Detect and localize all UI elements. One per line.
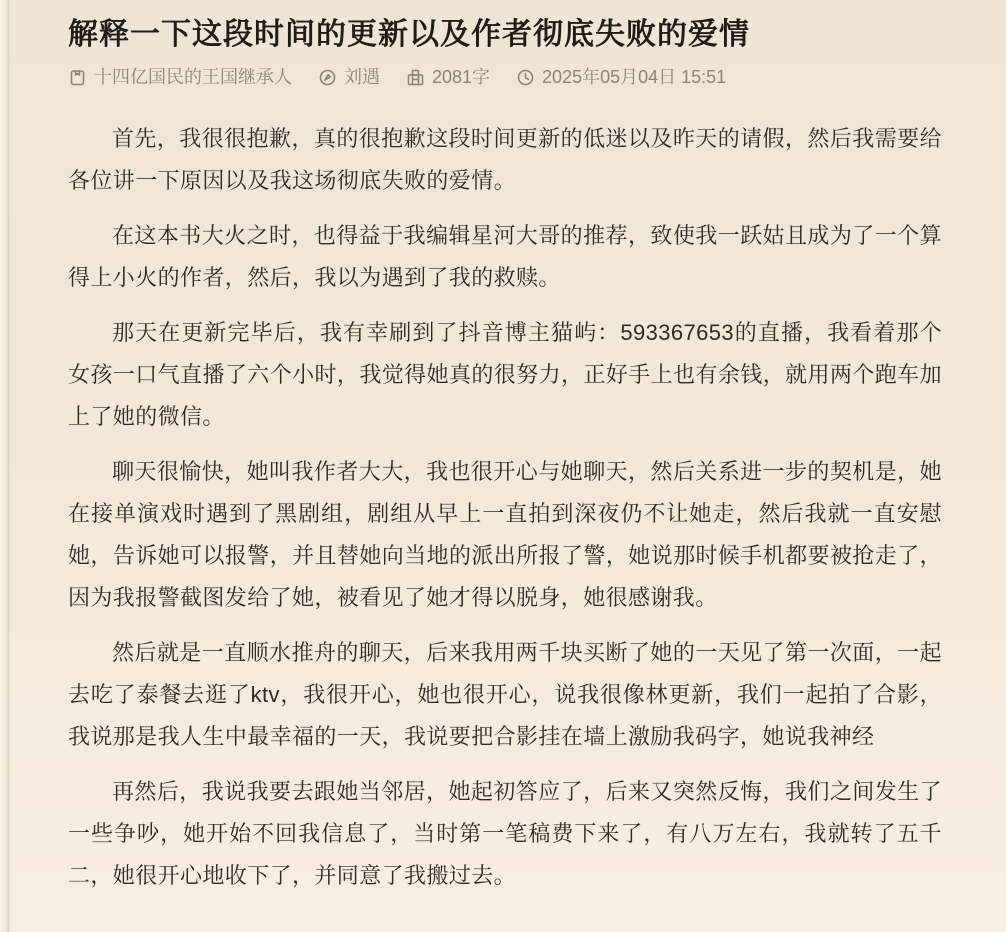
meta-book[interactable]: 十四亿国民的王国继承人: [68, 64, 292, 90]
article-paragraph: 然后就是一直顺水推舟的聊天，后来我用两千块买断了她的一天见了第一次面，一起去吃了…: [68, 632, 942, 758]
book-name: 十四亿国民的王国继承人: [94, 64, 292, 90]
article-paragraph: 再然后，我说我要去跟她当邻居，她起初答应了，后来又突然反悔，我们之间发生了一些争…: [68, 771, 942, 897]
pen-icon: [318, 68, 337, 87]
chapter-title: 解释一下这段时间的更新以及作者彻底失败的爱情: [68, 14, 942, 56]
article-paragraph: 首先，我很很抱歉，真的很抱歉这段时间更新的低迷以及昨天的请假，然后我需要给各位讲…: [68, 118, 942, 202]
article-body: 首先，我很很抱歉，真的很抱歉这段时间更新的低迷以及昨天的请假，然后我需要给各位讲…: [68, 118, 942, 897]
word-count-value: 2081字: [432, 64, 490, 90]
publish-time-value: 2025年05月04日 15:51: [542, 64, 726, 90]
article-paragraph: 聊天很愉快，她叫我作者大大，我也很开心与她聊天，然后关系进一步的契机是，她在接单…: [68, 451, 942, 619]
clock-icon: [516, 68, 535, 87]
meta-publish-time: 2025年05月04日 15:51: [516, 64, 726, 90]
paragraph-list: 首先，我很很抱歉，真的很抱歉这段时间更新的低迷以及昨天的请假，然后我需要给各位讲…: [68, 118, 942, 897]
book-icon: [68, 68, 87, 87]
meta-word-count: 2081字: [406, 64, 490, 90]
chapter-view: 解释一下这段时间的更新以及作者彻底失败的爱情 十四亿国民的王国继承人 刘遇: [0, 0, 1006, 897]
meta-author[interactable]: 刘遇: [318, 64, 380, 90]
author-name: 刘遇: [344, 64, 380, 90]
word-count-icon: [406, 68, 425, 87]
article-paragraph: 那天在更新完毕后，我有幸刷到了抖音博主猫屿：593367653的直播，我看着那个…: [68, 312, 942, 438]
article-paragraph: 在这本书大火之时，也得益于我编辑星河大哥的推荐，致使我一跃姑且成为了一个算得上小…: [68, 215, 942, 299]
chapter-meta-row: 十四亿国民的王国继承人 刘遇 2081字: [68, 64, 942, 90]
